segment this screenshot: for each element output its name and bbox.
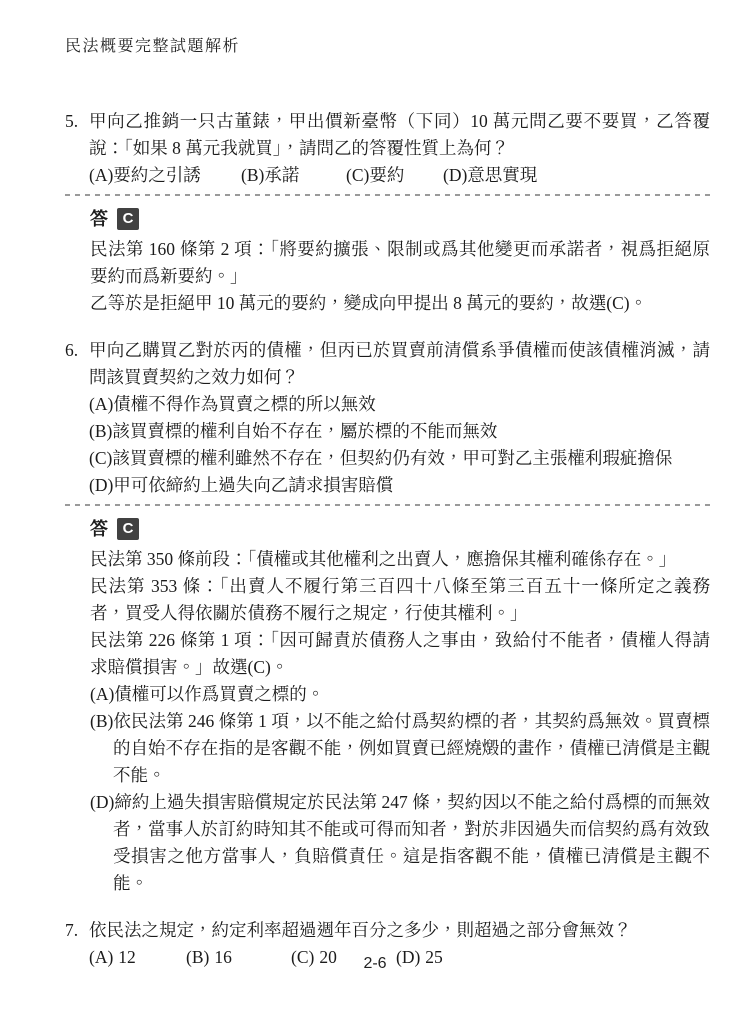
option-note-d: (D)締約上過失損害賠償規定於民法第 247 條，契約因以不能之給付爲標的而無效…: [90, 789, 710, 897]
answer-label: 答: [90, 206, 108, 233]
option-note-a: (A)債權可以作爲買賣之標的。: [90, 681, 710, 708]
options-row: (A)要約之引誘 (B)承諾 (C)要約 (D)意思實現: [89, 162, 710, 189]
question-text: 甲向乙推銷一只古董錶，甲出價新臺幣（下同）10 萬元問乙要不要買，乙答覆說：「如…: [89, 108, 710, 162]
question-item-5: 5. 甲向乙推銷一只古董錶，甲出價新臺幣（下同）10 萬元問乙要不要買，乙答覆說…: [65, 108, 710, 189]
option-label: (C): [89, 448, 112, 468]
option-b: (B)承諾: [241, 162, 346, 189]
option-label: (A): [89, 394, 113, 414]
option-label: (C): [346, 165, 369, 185]
note-text: 依民法第 246 條第 1 項，以不能之給付爲契約標的者，其契約爲無效。買賣標的…: [113, 711, 710, 785]
note-text: 債權可以作爲買賣之標的。: [114, 684, 324, 704]
statute-paragraph: 民法第 226 條第 1 項：「因可歸責於債務人之事由，致給付不能者，債權人得請…: [90, 627, 710, 681]
question-text: 依民法之規定，約定利率超過週年百分之多少，則超過之部分會無效？: [89, 917, 710, 944]
answer-letter-badge: C: [117, 208, 139, 230]
answer-block-6: 答 C 民法第 350 條前段：「債權或其他權利之出賣人，應擔保其權利確係存在。…: [90, 516, 710, 897]
explanation-paragraph: 乙等於是拒絕甲 10 萬元的要約，變成向甲提出 8 萬元的要約，故選(C)。: [90, 290, 710, 317]
statute-paragraph: 民法第 353 條：「出賣人不履行第三百四十八條至第三百五十一條所定之義務者，買…: [90, 573, 710, 627]
option-text: 該買賣標的權利自始不存在，屬於標的不能而無效: [112, 421, 497, 441]
question-text: 甲向乙購買乙對於丙的債權，但丙已於買賣前清償系爭債權而使該債權消滅，請問該買賣契…: [89, 337, 710, 391]
option-c: (C)要約: [346, 162, 443, 189]
question-number: 5.: [65, 108, 89, 189]
option-label: (B): [241, 165, 264, 185]
option-text: 甲可依締約上過失向乙請求損害賠償: [113, 475, 393, 495]
option-text: 該買賣標的權利雖然不存在，但契約仍有效，甲可對乙主張權利瑕疵擔保: [112, 448, 672, 468]
option-text: 要約之引誘: [113, 165, 201, 185]
option-d: (D)甲可依締約上過失向乙請求損害賠償: [89, 472, 710, 499]
option-text: 承諾: [264, 165, 299, 185]
question-body: 甲向乙購買乙對於丙的債權，但丙已於買賣前清償系爭債權而使該債權消滅，請問該買賣契…: [89, 337, 710, 499]
option-b: (B)該買賣標的權利自始不存在，屬於標的不能而無效: [89, 418, 710, 445]
option-label: (D): [443, 165, 467, 185]
option-text: 債權不得作為買賣之標的所以無效: [113, 394, 376, 414]
note-text: 締約上過失損害賠償規定於民法第 247 條，契約因以不能之給付爲標的而無效者，當…: [113, 792, 710, 893]
option-label: (D): [89, 475, 113, 495]
book-title-header: 民法概要完整試題解析: [65, 36, 710, 58]
option-label: (A): [90, 684, 114, 704]
question-number: 6.: [65, 337, 89, 499]
options-list: (A)債權不得作為買賣之標的所以無效 (B)該買賣標的權利自始不存在，屬於標的不…: [89, 391, 710, 499]
option-d: (D)意思實現: [443, 162, 537, 189]
document-page: 民法概要完整試題解析 5. 甲向乙推銷一只古董錶，甲出價新臺幣（下同）10 萬元…: [0, 0, 750, 1017]
answer-header: 答 C: [90, 206, 710, 232]
option-label: (D): [90, 792, 114, 812]
answer-label: 答: [90, 516, 108, 543]
option-label: (B): [90, 711, 113, 731]
dashed-separator: [65, 504, 710, 506]
dashed-separator: [65, 194, 710, 196]
option-a: (A)債權不得作為買賣之標的所以無效: [89, 391, 710, 418]
option-a: (A)要約之引誘: [89, 162, 241, 189]
option-label: (A): [89, 165, 113, 185]
answer-block-5: 答 C 民法第 160 條第 2 項：「將要約擴張、限制或爲其他變更而承諾者，視…: [90, 206, 710, 317]
page-number-footer: 2-6: [0, 950, 750, 977]
option-label: (B): [89, 421, 112, 441]
statute-paragraph: 民法第 350 條前段：「債權或其他權利之出賣人，應擔保其權利確係存在。」: [90, 546, 710, 573]
question-body: 甲向乙推銷一只古董錶，甲出價新臺幣（下同）10 萬元問乙要不要買，乙答覆說：「如…: [89, 108, 710, 189]
option-text: 意思實現: [467, 165, 537, 185]
answer-header: 答 C: [90, 516, 710, 542]
option-c: (C)該買賣標的權利雖然不存在，但契約仍有效，甲可對乙主張權利瑕疵擔保: [89, 445, 710, 472]
statute-paragraph: 民法第 160 條第 2 項：「將要約擴張、限制或爲其他變更而承諾者，視爲拒絕原…: [90, 236, 710, 290]
option-text: 要約: [369, 165, 404, 185]
option-note-b: (B)依民法第 246 條第 1 項，以不能之給付爲契約標的者，其契約爲無效。買…: [90, 708, 710, 789]
answer-letter-badge: C: [117, 518, 139, 540]
question-item-6: 6. 甲向乙購買乙對於丙的債權，但丙已於買賣前清償系爭債權而使該債權消滅，請問該…: [65, 337, 710, 499]
